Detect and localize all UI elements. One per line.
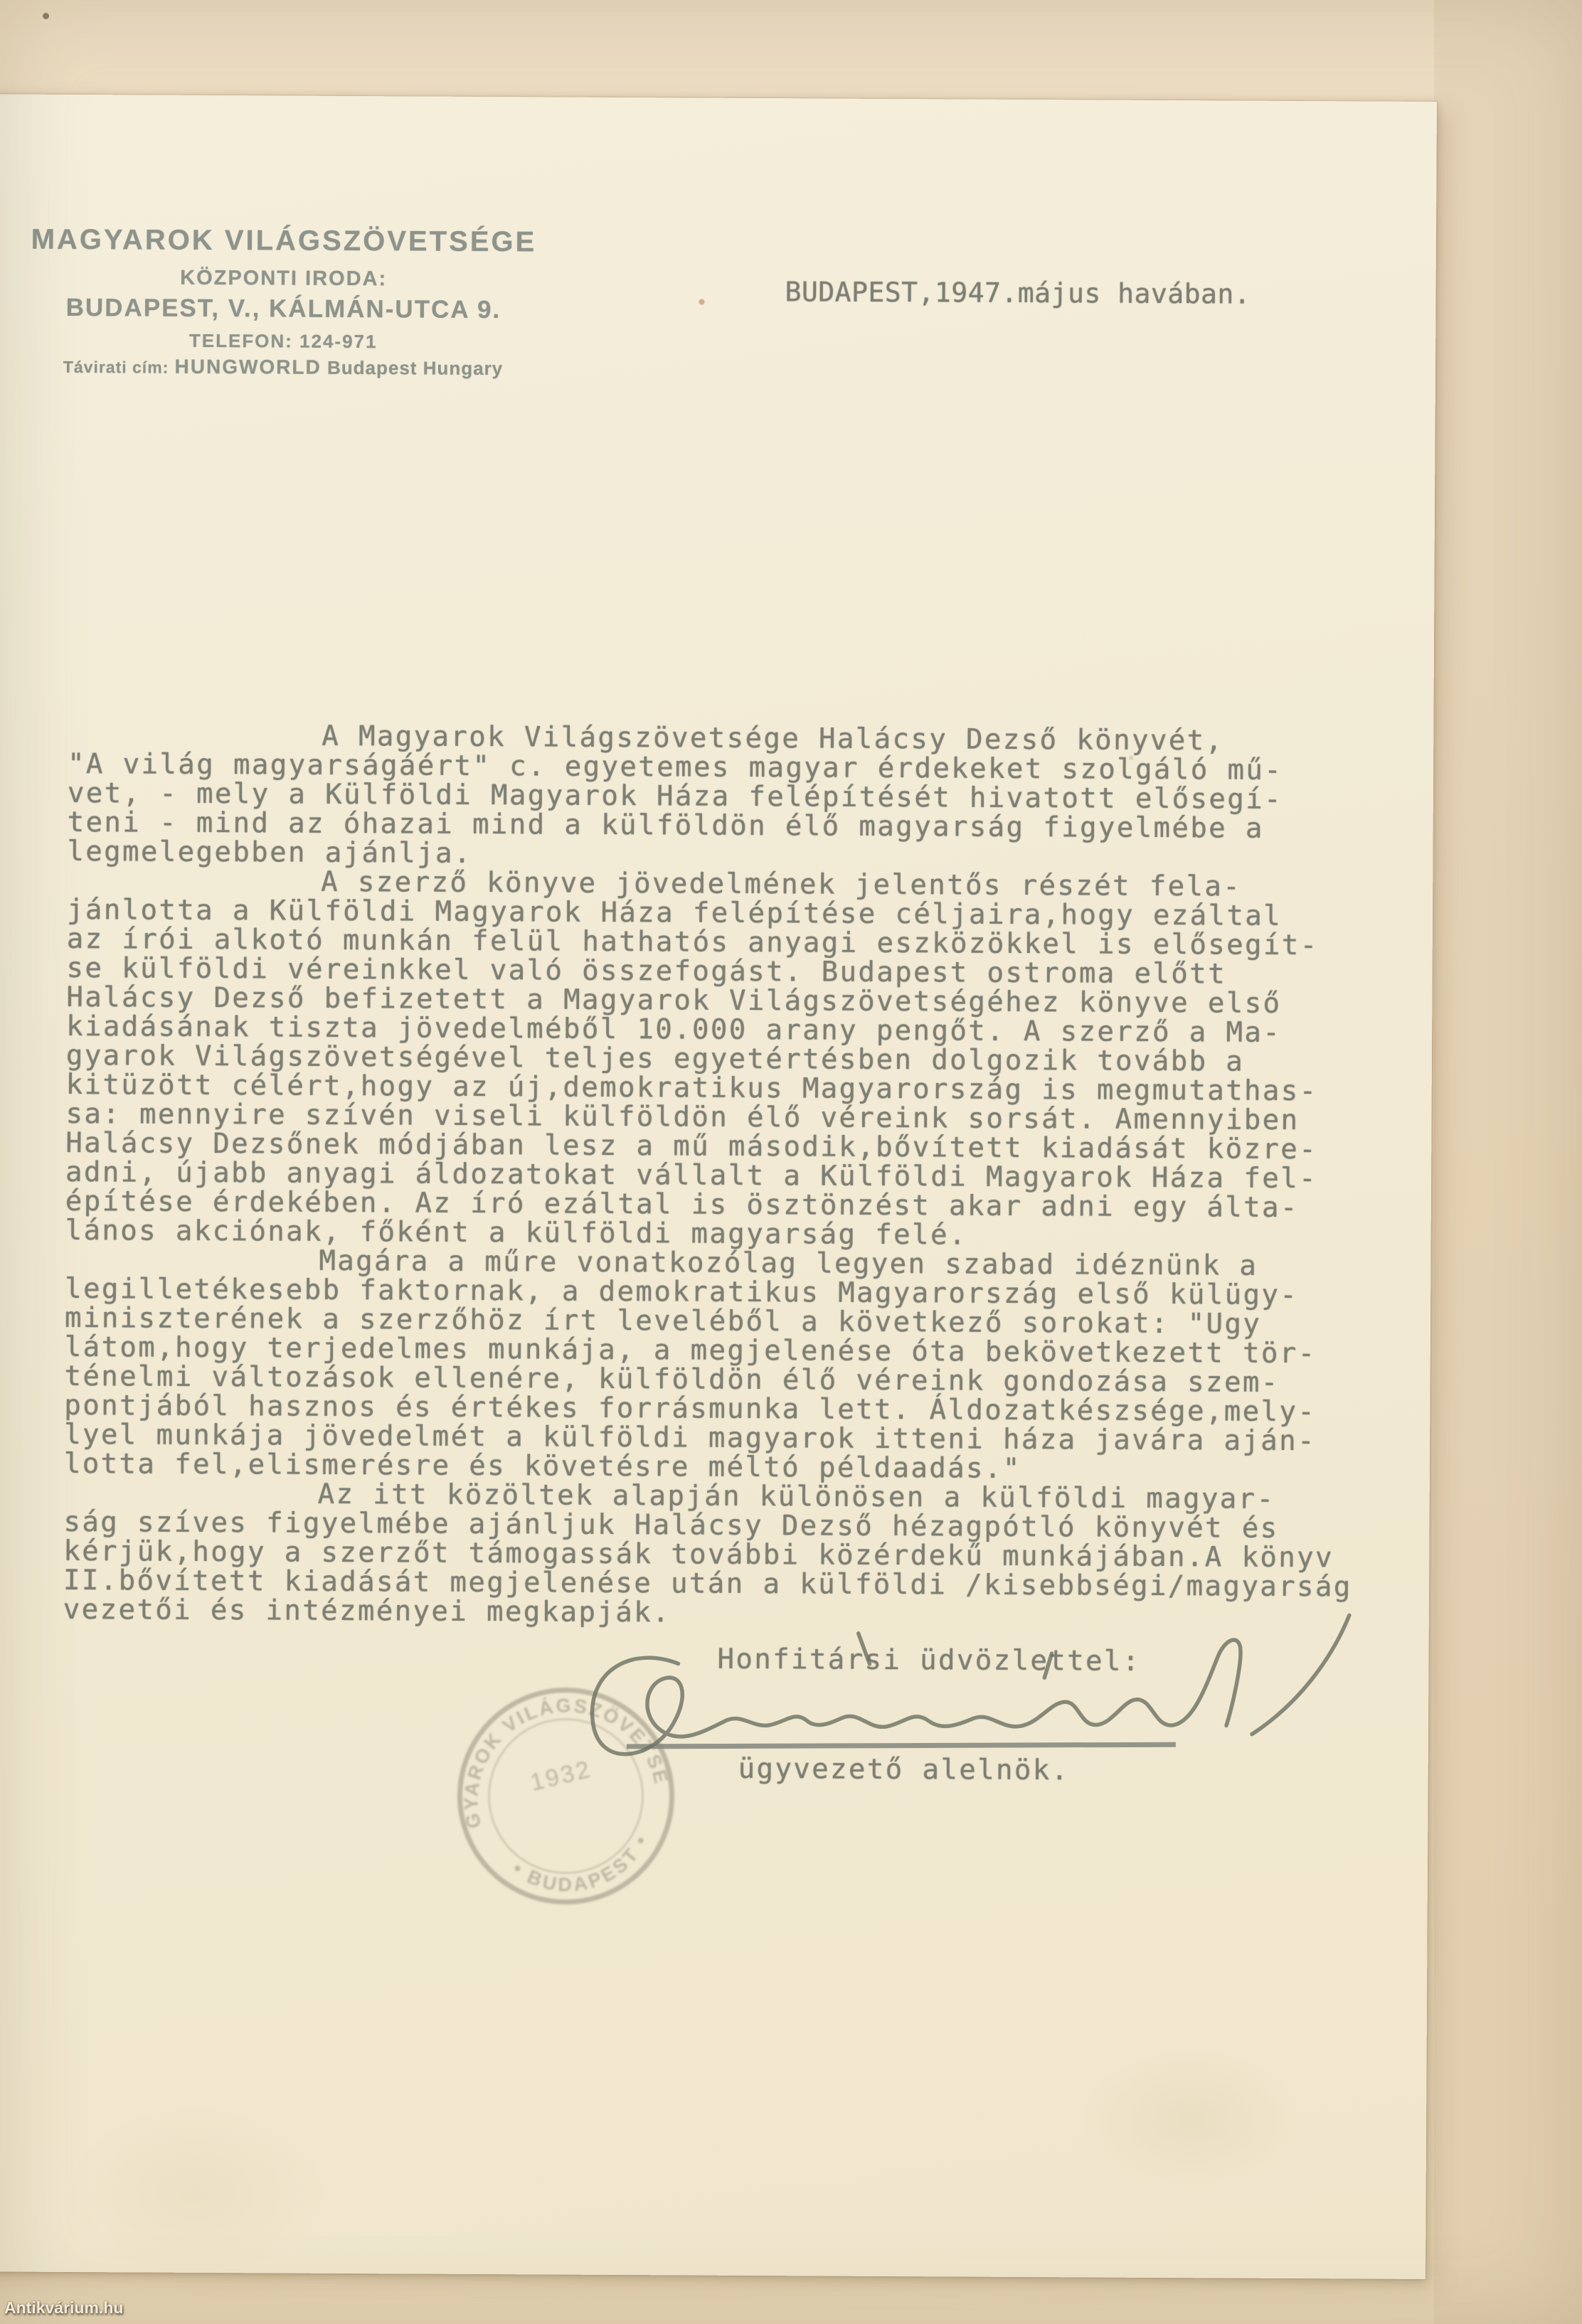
svg-text:MAGYAROK VILÁGSZÖVETSÉGE: MAGYAROK VILÁGSZÖVETSÉGE — [445, 1672, 674, 1833]
org-name: MAGYAROK VILÁGSZÖVETSÉGE — [28, 224, 540, 258]
letterhead: MAGYAROK VILÁGSZÖVETSÉGE KÖZPONTI IRODA:… — [27, 224, 540, 380]
photograph-of-letter: { "letterhead": { "org_name": "MAGYAROK … — [0, 0, 1582, 2324]
phone-line: TELEFON: 124-971 — [27, 330, 539, 353]
cable-name: HUNGWORLD — [175, 356, 322, 378]
address-line: BUDAPEST, V., KÁLMÁN-UTCA 9. — [27, 294, 539, 324]
watermark: Antikvárium.hu — [4, 2298, 123, 2318]
book-page-background — [1434, 0, 1582, 2324]
paper-speck — [43, 13, 49, 19]
closing-salutation: Honfitársi üdvözlettel: — [717, 1643, 1140, 1678]
signature-underline — [627, 1742, 1176, 1749]
stamp-ring-text-top: MAGYAROK VILÁGSZÖVETSÉGE — [445, 1672, 674, 1833]
rubber-stamp: MAGYAROK VILÁGSZÖVETSÉGE • BUDAPEST • 19… — [445, 1668, 688, 1925]
office-line: KÖZPONTI IRODA: — [28, 267, 540, 291]
cable-place: Budapest Hungary — [327, 357, 503, 379]
cable-line: Távirati cím: HUNGWORLD Budapest Hungary — [27, 356, 539, 380]
stamp-year: 1932 — [528, 1756, 595, 1797]
signatory-role: ügyvezető alelnök. — [738, 1753, 1070, 1786]
letter-body: A Magyarok Világszövetsége Halácsy Dezső… — [63, 720, 1406, 1631]
letter-sheet: MAGYAROK VILÁGSZÖVETSÉGE KÖZPONTI IRODA:… — [0, 94, 1437, 2279]
signature-flourish — [1252, 1615, 1349, 1735]
cable-label: Távirati cím: — [63, 358, 169, 377]
date-line: BUDAPEST,1947.május havában. — [785, 276, 1251, 309]
